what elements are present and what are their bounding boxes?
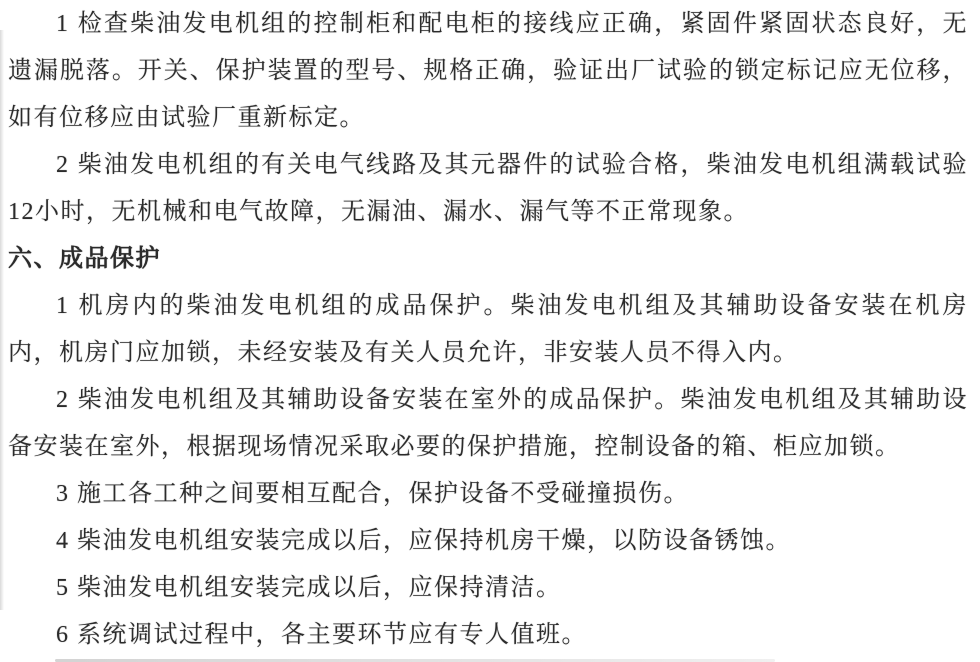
paragraph: 3 施工各工种之间要相互配合，保护设备不受碰撞损伤。 bbox=[8, 471, 968, 518]
paragraph: 2 柴油发电机组及其辅助设备安装在室外的成品保护。柴油发电机组及其辅助设备安装在… bbox=[8, 377, 968, 471]
paragraph: 4 柴油发电机组安装完成以后，应保持机房干燥，以防设备锈蚀。 bbox=[8, 518, 968, 565]
paragraph: 1 机房内的柴油发电机组的成品保护。柴油发电机组及其辅助设备安装在机房内，机房门… bbox=[8, 283, 968, 377]
section-heading: 六、成品保护 bbox=[8, 236, 968, 283]
paragraph: 1 检查柴油发电机组的控制柜和配电柜的接线应正确，紧固件紧固状态良好，无遗漏脱落… bbox=[8, 1, 968, 142]
scan-artifact-left-edge bbox=[0, 30, 4, 610]
paragraph: 6 系统调试过程中，各主要环节应有专人值班。 bbox=[8, 612, 968, 659]
document-page: 1 检查柴油发电机组的控制柜和配电柜的接线应正确，紧固件紧固状态良好，无遗漏脱落… bbox=[0, 0, 980, 662]
paragraph: 5 柴油发电机组安装完成以后，应保持清洁。 bbox=[8, 565, 968, 612]
paragraph: 2 柴油发电机组的有关电气线路及其元器件的试验合格，柴油发电机组满载试验12小时… bbox=[8, 142, 968, 236]
